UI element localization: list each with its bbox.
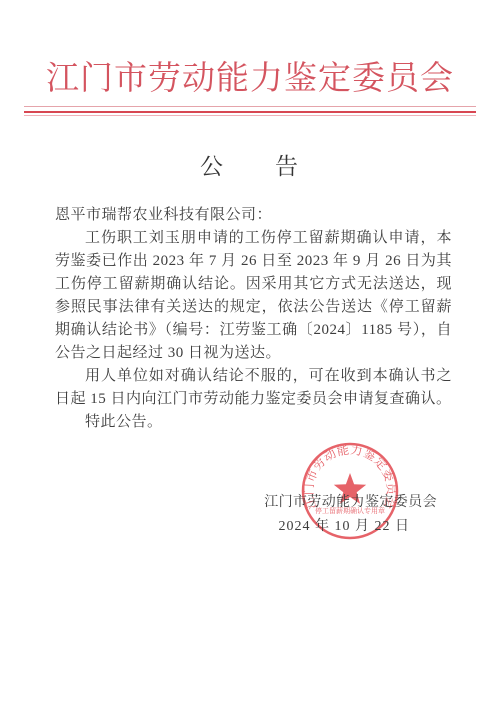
notice-title: 公 告	[0, 152, 500, 182]
signature-block: 江门市劳动能力鉴定委员会 停工留薪期确认专用章 江门市劳动能力鉴定委员会 202…	[0, 434, 500, 594]
divider-line-shadow	[24, 115, 476, 116]
notice-body: 恩平市瑞帮农业科技有限公司： 工伤职工刘玉朋申请的工伤停工留薪期确认申请，本劳鉴…	[55, 204, 452, 434]
letterhead-divider	[24, 106, 476, 116]
divider-line-main	[24, 111, 476, 113]
letterhead-org-title: 江门市劳动能力鉴定委员会	[0, 0, 500, 102]
recipient-line: 恩平市瑞帮农业科技有限公司：	[55, 204, 452, 227]
signature-date: 2024 年 10 月 22 日	[279, 515, 411, 535]
closing-line: 特此公告。	[55, 411, 452, 434]
notice-paragraph-1: 工伤职工刘玉朋申请的工伤停工留薪期确认申请，本劳鉴委已作出 2023 年 7 月…	[55, 227, 452, 365]
signature-org-name: 江门市劳动能力鉴定委员会	[264, 491, 437, 511]
notice-paragraph-2: 用人单位如对确认结论不服的，可在收到本确认书之日起 15 日内向江门市劳动能力鉴…	[55, 365, 452, 411]
document-page: 江门市劳动能力鉴定委员会 公 告 恩平市瑞帮农业科技有限公司： 工伤职工刘玉朋申…	[0, 0, 500, 707]
divider-line-top	[24, 106, 476, 107]
